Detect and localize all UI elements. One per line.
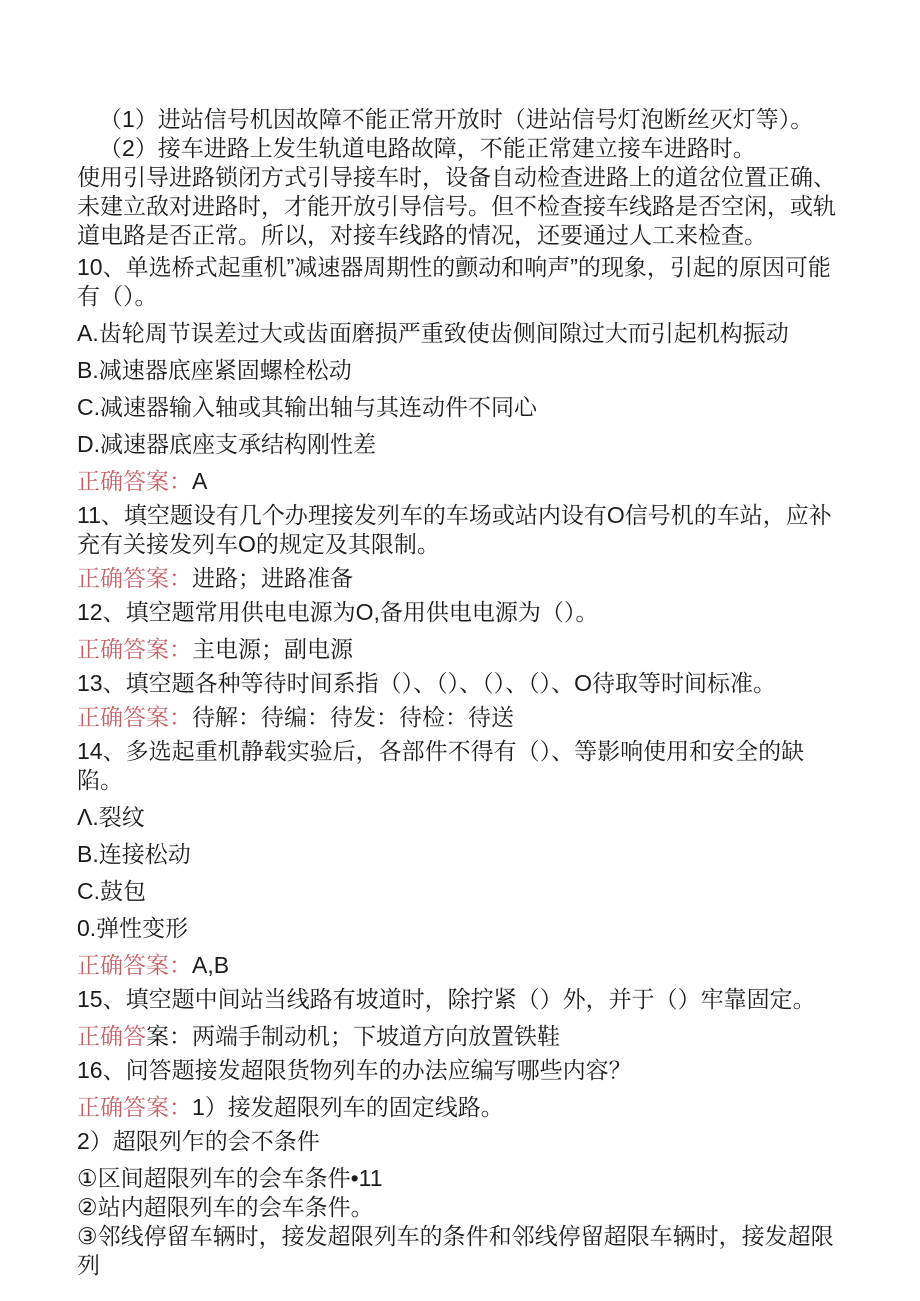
- question-10-answer-row: 正确答案：A: [77, 467, 846, 496]
- question-14-option-c: C.鼓包: [77, 877, 846, 906]
- document-content: （1）进站信号机因故障不能正常开放时（进站信号灯泡断丝灭灯等）。 （2）接车进路…: [0, 0, 920, 1280]
- answer-label-black-part: 案：: [146, 1023, 192, 1049]
- answer-label: 正确答案：: [77, 565, 192, 591]
- question-10-option-a: A.齿轮周节误差过大或齿面磨损严重致使齿侧间隙过大而引起机构振动: [77, 319, 846, 348]
- answer-label: 正确答案：: [77, 952, 192, 978]
- question-10-stem: 10、单选桥式起重机”减速器周期性的颤动和响声”的现象，引起的原因可能有（）。: [77, 253, 846, 311]
- question-14-option-a: Λ.裂纹: [77, 803, 846, 832]
- question-13-stem: 13、填空题各种等待时间系指（）、（）、（）、（）、O待取等时间标准。: [77, 669, 846, 698]
- question-10-option-c: C.减速器输入轴或其输出轴与其连动件不同心: [77, 393, 846, 422]
- answer-label-red-part: 正确答: [77, 1023, 146, 1049]
- question-16-answer-line-2: 2）超限列乍的会不条件: [77, 1127, 846, 1156]
- answer-label: 正确答案：: [77, 1094, 192, 1120]
- question-16-answer-line-3: ①区间超限列车的会车条件•11: [77, 1164, 846, 1193]
- answer-label: 正确答案：: [77, 704, 192, 730]
- answer-value: 待解：待编：待发：待检：待送: [192, 704, 514, 730]
- question-12-answer-row: 正确答案：主电源；副电源: [77, 635, 846, 664]
- question-16-stem: 16、问答题接发超限货物列车的办法应编写哪些内容？: [77, 1056, 846, 1085]
- question-15-stem: 15、填空题中间站当线路有坡道时，除拧紧（）外，并于（）牢靠固定。: [77, 985, 846, 1014]
- question-14-option-b: B.连接松动: [77, 840, 846, 869]
- question-16-answer-row: 正确答案：1）接发超限列车的固定线路。: [77, 1093, 846, 1122]
- question-14-stem: 14、多选起重机静载实验后，各部件不得有（）、等影响使用和安全的缺陷。: [77, 737, 846, 795]
- answer-value: 主电源；副电源: [192, 636, 353, 662]
- question-14-answer-row: 正确答案：A,B: [77, 951, 846, 980]
- question-10-option-d: D.减速器底座支承结构刚性差: [77, 430, 846, 459]
- question-16-answer-line-5: ③邻线停留车辆时，接发超限列车的条件和邻线停留超限车辆时，接发超限列: [77, 1222, 846, 1280]
- answer-value: 两端手制动机；下坡道方向放置铁鞋: [192, 1023, 560, 1049]
- question-11-stem: 11、填空题设有几个办理接发列车的车场或站内设有O信号机的车站，应补充有关接发列…: [77, 501, 846, 559]
- answer-value: A,B: [192, 952, 229, 978]
- question-13-answer-row: 正确答案：待解：待编：待发：待检：待送: [77, 703, 846, 732]
- intro-item-2: （2）接车进路上发生轨道电路故障，不能正常建立接车进路时。: [77, 134, 846, 163]
- intro-paragraph: 使用引导进路锁闭方式引导接车时，设备自动检查进路上的道岔位置正确、未建立敌对进路…: [77, 163, 846, 250]
- question-16-answer-line-4: ②站内超限列车的会车条件。: [77, 1193, 846, 1222]
- question-15-answer-row: 正确答案：两端手制动机；下坡道方向放置铁鞋: [77, 1022, 846, 1051]
- question-14-option-d: 0.弹性变形: [77, 914, 846, 943]
- answer-label: 正确答案：: [77, 636, 192, 662]
- answer-label: 正确答案：: [77, 468, 192, 494]
- answer-value: 进路；进路准备: [192, 565, 353, 591]
- answer-value: A: [192, 468, 207, 494]
- answer-value: 1）接发超限列车的固定线路。: [192, 1094, 504, 1120]
- question-10-option-b: B.减速器底座紧固螺栓松动: [77, 356, 846, 385]
- intro-item-1: （1）进站信号机因故障不能正常开放时（进站信号灯泡断丝灭灯等）。: [77, 105, 846, 134]
- question-12-stem: 12、填空题常用供电电源为O,备用供电电源为（）。: [77, 598, 846, 627]
- document-page: （1）进站信号机因故障不能正常开放时（进站信号灯泡断丝灭灯等）。 （2）接车进路…: [0, 0, 920, 1301]
- question-11-answer-row: 正确答案：进路；进路准备: [77, 564, 846, 593]
